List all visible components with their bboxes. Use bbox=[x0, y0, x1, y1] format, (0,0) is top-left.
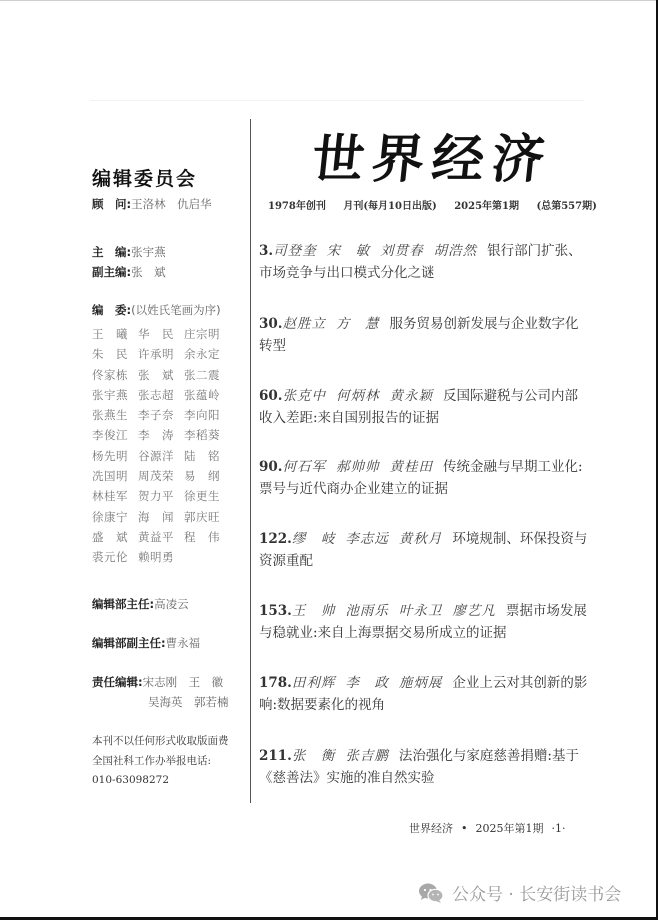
toc-page: 211. bbox=[259, 748, 292, 764]
toc-entry[interactable]: 3.司登奎宋 敏刘贯春胡浩然银行部门扩张、市场竞争与出口模式分化之谜 bbox=[259, 240, 589, 284]
member-name: 张宇燕 bbox=[92, 385, 138, 405]
advisors-label: 顾 问: bbox=[92, 197, 131, 211]
footer-journal: 世界经济 bbox=[409, 822, 453, 835]
toc-entry[interactable]: 178.田利辉李 政施炳展企业上云对其创新的影响:数据要素化的视角 bbox=[259, 672, 589, 716]
chief-editor-row: 主 编:张宇燕 bbox=[92, 244, 166, 260]
member-name: 赖明勇 bbox=[138, 547, 184, 567]
footer-separator: • bbox=[461, 822, 468, 835]
toc-authors: 缪 岐李志远黄秋月 bbox=[292, 531, 453, 547]
footer-page-number: ·1· bbox=[552, 822, 566, 835]
advisors-names: 王洛林 仇启华 bbox=[131, 197, 212, 211]
deputy-chief-editor-name: 张 斌 bbox=[131, 265, 166, 279]
toc-page: 153. bbox=[259, 603, 292, 619]
member-name: 朱 民 bbox=[92, 344, 138, 364]
notice-line-1: 本刊不以任何形式收取版面费 bbox=[92, 732, 229, 752]
member-name: 周茂荣 bbox=[138, 466, 184, 486]
toc-authors: 张克中何炳林黄永颖 bbox=[283, 388, 444, 404]
notice-block: 本刊不以任何形式收取版面费 全国社科工作办举报电话: 010-63098272 bbox=[92, 732, 229, 791]
toc-entry[interactable]: 153.王 帅池雨乐叶永卫廖艺凡票据市场发展与稳就业:来自上海票据交易所成立的证… bbox=[259, 600, 589, 644]
toc-entry[interactable]: 122.缪 岐李志远黄秋月环境规制、环保投资与资源重配 bbox=[259, 528, 589, 572]
toc-page: 122. bbox=[259, 531, 292, 547]
member-name: 张志超 bbox=[138, 385, 184, 405]
member-name: 盛 斌 bbox=[92, 527, 138, 547]
member-name: 华 民 bbox=[138, 324, 184, 344]
deputy-chief-editor-label: 副主编: bbox=[92, 265, 131, 279]
header-rule bbox=[90, 100, 584, 101]
toc-entry[interactable]: 60.张克中何炳林黄永颖反国际避税与公司内部收入差距:来自国别报告的证据 bbox=[259, 385, 589, 429]
member-name: 郭庆旺 bbox=[184, 507, 230, 527]
member-name: 王 曦 bbox=[92, 324, 138, 344]
journal-masthead: 世界经济 bbox=[309, 130, 555, 190]
wechat-watermark: 公众号 · 长安街读书会 bbox=[418, 880, 621, 905]
toc-authors: 田利辉李 政施炳展 bbox=[292, 675, 453, 691]
member-name: 徐更生 bbox=[184, 486, 230, 506]
member-name: 张 斌 bbox=[138, 365, 184, 385]
notice-phone: 010-63098272 bbox=[92, 771, 229, 791]
editorial-board-heading: 编辑委员会 bbox=[92, 164, 197, 191]
page-top-border bbox=[0, 0, 658, 1]
member-name: 海 闻 bbox=[138, 507, 184, 527]
toc-authors: 何石军郝帅帅黄桂田 bbox=[283, 459, 444, 475]
frequency: 月刊(每月10日出版) bbox=[343, 201, 436, 212]
toc-page: 60. bbox=[259, 388, 283, 404]
member-name: 张燕生 bbox=[92, 405, 138, 425]
member-name: 贺力平 bbox=[138, 486, 184, 506]
wechat-icon bbox=[418, 882, 444, 904]
members-label: 编 委: bbox=[92, 303, 131, 317]
member-name: 张二震 bbox=[184, 365, 230, 385]
member-name: 谷源洋 bbox=[138, 446, 184, 466]
member-name: 李 涛 bbox=[138, 425, 184, 445]
member-name: 黄益平 bbox=[138, 527, 184, 547]
member-name: 李稻葵 bbox=[184, 425, 230, 445]
member-name: 易 纲 bbox=[184, 466, 230, 486]
dept-director-name: 高凌云 bbox=[154, 597, 189, 611]
responsible-editors-row: 责任编辑:宋志刚 王 徽 bbox=[92, 674, 223, 690]
chief-editor-name: 张宇燕 bbox=[131, 245, 166, 259]
member-name: 林桂军 bbox=[92, 486, 138, 506]
members-grid: 王 曦 华 民 庄宗明 朱 民 许承明 余永定 佟家栋 张 斌 张二震 张宇燕 … bbox=[92, 324, 230, 568]
member-name: 裘元伦 bbox=[92, 547, 138, 567]
member-name: 徐康宁 bbox=[92, 507, 138, 527]
toc-authors: 司登奎宋 敏刘贯春胡浩然 bbox=[273, 243, 487, 259]
toc-page: 30. bbox=[259, 316, 283, 332]
deputy-chief-editor-row: 副主编:张 斌 bbox=[92, 264, 166, 280]
advisors-row: 顾 问:王洛林 仇启华 bbox=[92, 196, 212, 212]
member-name: 杨先明 bbox=[92, 446, 138, 466]
toc-authors: 王 帅池雨乐叶永卫廖艺凡 bbox=[292, 603, 506, 619]
chief-editor-label: 主 编: bbox=[92, 245, 131, 259]
member-name: 许承明 bbox=[138, 344, 184, 364]
member-name: 李俊江 bbox=[92, 425, 138, 445]
total-issue: (总第557期) bbox=[536, 201, 596, 212]
toc-entry[interactable]: 90.何石军郝帅帅黄桂田传统金融与早期工业化:票号与近代商办企业建立的证据 bbox=[259, 456, 589, 500]
toc-authors: 赵胜立方 慧 bbox=[283, 316, 390, 332]
publication-info: 1978年创刊 月刊(每月10日出版) 2025年第1期 (总第557期) bbox=[268, 197, 607, 212]
member-name: 李子奈 bbox=[138, 405, 184, 425]
founded-year: 1978年创刊 bbox=[268, 201, 326, 212]
responsible-editors-label: 责任编辑: bbox=[92, 675, 143, 689]
toc-entry[interactable]: 211.张 衡张吉鹏法治强化与家庭慈善捐赠:基于《慈善法》实施的准自然实验 bbox=[259, 745, 589, 789]
dept-deputy-director-name: 曹永福 bbox=[166, 636, 201, 650]
notice-line-2: 全国社科工作办举报电话: bbox=[92, 752, 229, 772]
member-name: 张蕴岭 bbox=[184, 385, 230, 405]
dept-deputy-director-label: 编辑部副主任: bbox=[92, 636, 166, 650]
toc-page: 3. bbox=[259, 243, 273, 259]
issue-number: 2025年第1期 bbox=[454, 201, 519, 212]
watermark-text: 公众号 · 长安街读书会 bbox=[452, 880, 621, 905]
members-row: 编 委:(以姓氏笔画为序) bbox=[92, 302, 221, 318]
toc-page: 90. bbox=[259, 459, 283, 475]
member-name: 冼国明 bbox=[92, 466, 138, 486]
page-footer: 世界经济•2025年第1期·1· bbox=[409, 820, 574, 836]
member-name: 余永定 bbox=[184, 344, 230, 364]
dept-director-row: 编辑部主任:高凌云 bbox=[92, 596, 189, 612]
toc-page: 178. bbox=[259, 675, 292, 691]
member-name: 佟家栋 bbox=[92, 365, 138, 385]
member-name: 庄宗明 bbox=[184, 324, 230, 344]
responsible-editors-row-2: 吴海英 郭若楠 bbox=[148, 694, 229, 710]
toc-authors: 张 衡张吉鹏 bbox=[292, 748, 399, 764]
member-name: 程 伟 bbox=[184, 527, 230, 547]
toc-entry[interactable]: 30.赵胜立方 慧服务贸易创新发展与企业数字化转型 bbox=[259, 313, 589, 357]
member-name: 李向阳 bbox=[184, 405, 230, 425]
responsible-editors-line2: 吴海英 郭若楠 bbox=[148, 695, 229, 709]
column-divider bbox=[250, 119, 251, 803]
footer-issue: 2025年第1期 bbox=[476, 822, 544, 835]
member-name: 陆 铭 bbox=[184, 446, 230, 466]
members-note: (以姓氏笔画为序) bbox=[131, 303, 220, 317]
responsible-editors-line1: 宋志刚 王 徽 bbox=[143, 675, 224, 689]
dept-director-label: 编辑部主任: bbox=[92, 597, 154, 611]
dept-deputy-director-row: 编辑部副主任:曹永福 bbox=[92, 635, 200, 651]
